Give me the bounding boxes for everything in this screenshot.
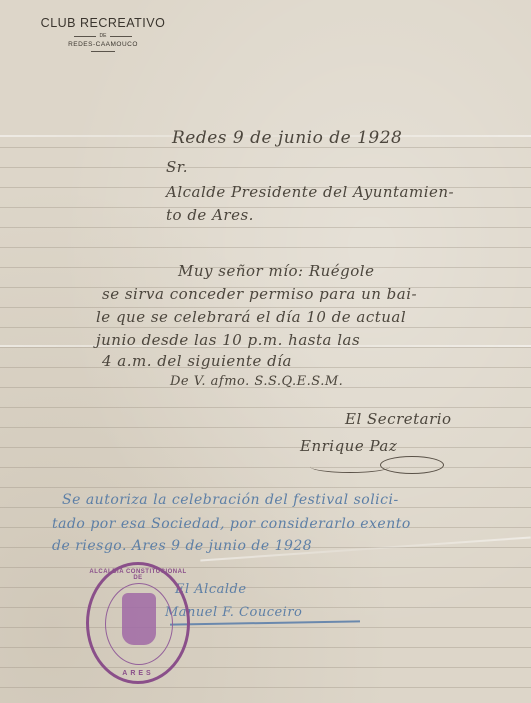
body-line: Muy señor mío: Ruégole xyxy=(178,262,374,280)
approval-line: de riesgo. Ares 9 de junio de 1928 xyxy=(52,538,312,554)
signature-title: El Secretario xyxy=(345,410,452,428)
divider xyxy=(91,51,115,52)
document-page: CLUB RECREATIVO DE REDES-CAAMOUCO Redes … xyxy=(0,0,531,703)
coat-of-arms-icon xyxy=(122,593,156,645)
approval-signer-title: El Alcalde xyxy=(175,582,247,597)
letterhead-connector: DE xyxy=(28,33,178,39)
letterhead: CLUB RECREATIVO DE REDES-CAAMOUCO xyxy=(28,16,178,52)
letterhead-title: CLUB RECREATIVO xyxy=(28,16,178,30)
body-line: se sirva conceder permiso para un bai- xyxy=(102,285,417,303)
divider xyxy=(74,36,96,37)
approval-line: tado por esa Sociedad, por considerarlo … xyxy=(52,516,411,532)
signature-name: Enrique Paz xyxy=(300,437,397,455)
stamp-top-text: ALCALDIA CONSTITUCIONAL DE xyxy=(89,569,187,581)
letterhead-place: REDES-CAAMOUCO xyxy=(28,41,178,48)
letterhead-de: DE xyxy=(100,33,107,39)
municipal-stamp: ALCALDIA CONSTITUCIONAL DE ARES xyxy=(86,562,190,684)
letter-date: Redes 9 de junio de 1928 xyxy=(172,128,402,148)
approval-line: Se autoriza la celebración del festival … xyxy=(62,492,399,508)
body-line: junio desde las 10 p.m. hasta las xyxy=(96,331,360,349)
stamp-bottom-text: ARES xyxy=(89,670,187,677)
signature-flourish xyxy=(310,460,390,473)
salutation-abbrev: Sr. xyxy=(166,158,188,176)
body-line: le que se celebrará el día 10 de actual xyxy=(96,308,406,326)
addressee-line-1: Alcalde Presidente del Ayuntamien- xyxy=(166,183,454,201)
addressee-line-2: to de Ares. xyxy=(166,206,254,224)
letter-closing: De V. afmo. S.S.Q.E.S.M. xyxy=(170,374,343,389)
divider xyxy=(110,36,132,37)
body-line: 4 a.m. del siguiente día xyxy=(102,352,292,370)
